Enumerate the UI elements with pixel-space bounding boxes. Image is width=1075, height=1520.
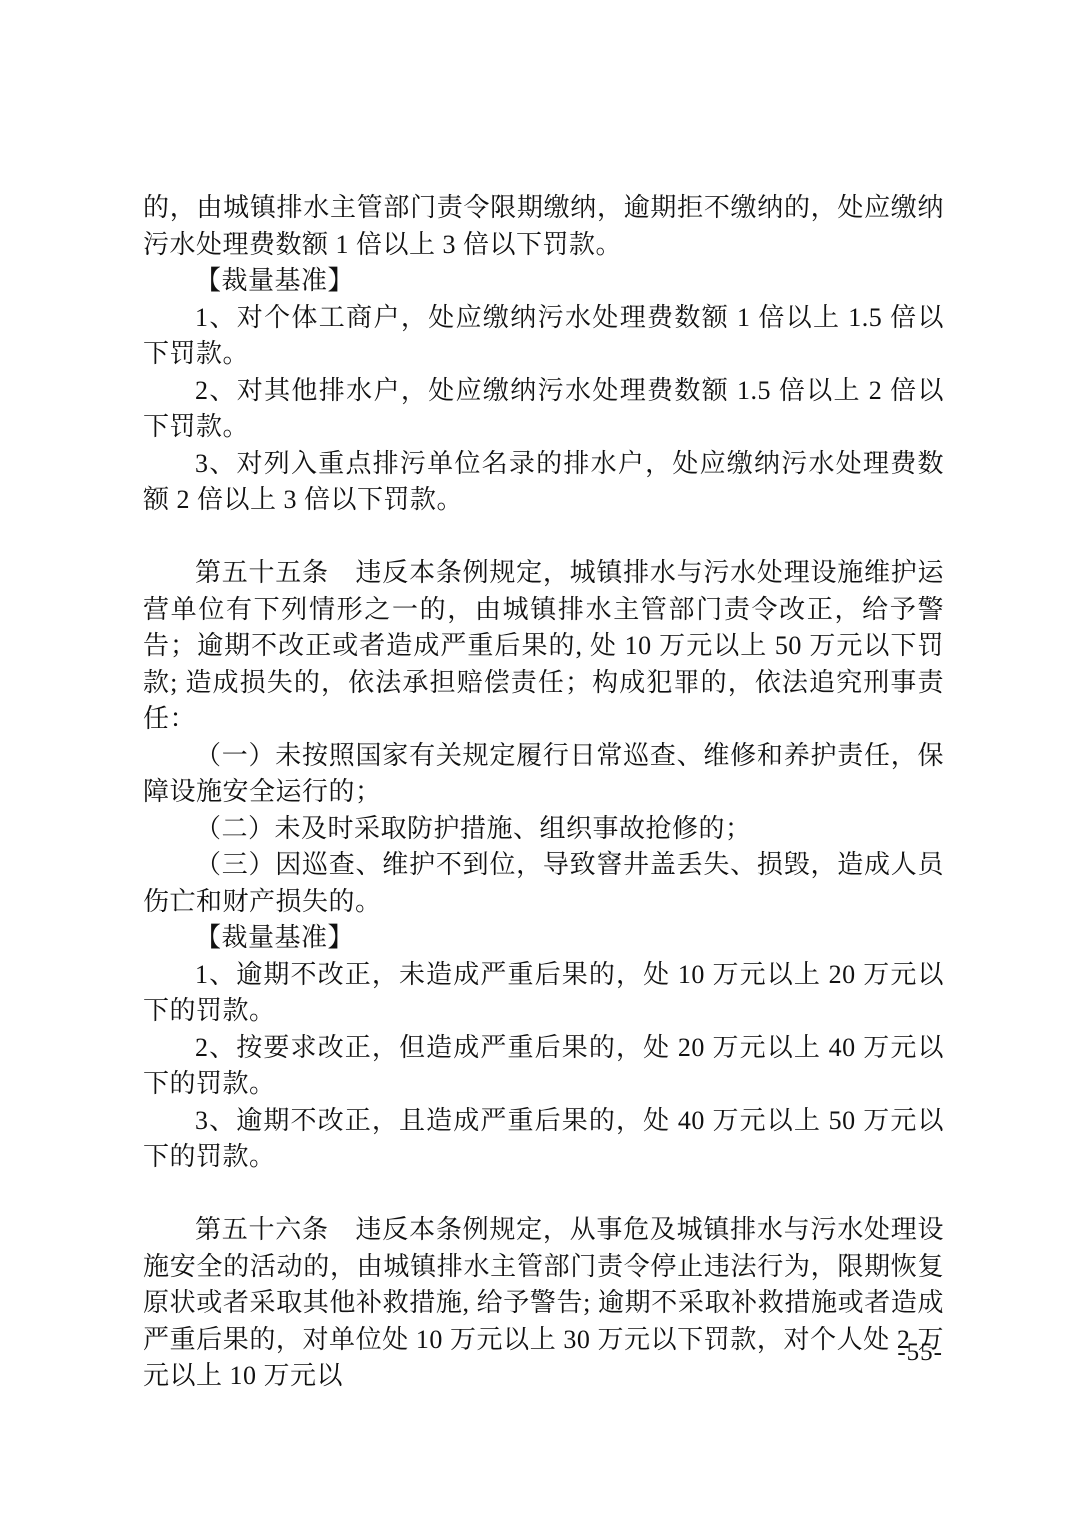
paragraph-discretion-heading-2: 【裁量基准】 [143,920,944,957]
paragraph-continuation: 的，由城镇排水主管部门责令限期缴纳，逾期拒不缴纳的，处应缴纳污水处理费数额 1 … [143,190,944,263]
paragraph-item-1: 1、对个体工商户，处应缴纳污水处理费数额 1 倍以上 1.5 倍以下罚款。 [143,300,944,373]
paragraph-article-56: 第五十六条 违反本条例规定，从事危及城镇排水与污水处理设施安全的活动的，由城镇排… [143,1212,944,1395]
paragraph-item-3: 3、对列入重点排污单位名录的排水户，处应缴纳污水处理费数额 2 倍以上 3 倍以… [143,446,944,519]
paragraph-clause-3: （三）因巡查、维护不到位，导致窨井盖丢失、损毁，造成人员伤亡和财产损失的。 [143,847,944,920]
paragraph-clause-1: （一）未按照国家有关规定履行日常巡查、维修和养护责任，保障设施安全运行的； [143,738,944,811]
paragraph-article-55: 第五十五条 违反本条例规定，城镇排水与污水处理设施维护运营单位有下列情形之一的，… [143,555,944,738]
paragraph-discretion-heading: 【裁量基准】 [143,263,944,300]
paragraph-item-55-2: 2、按要求改正，但造成严重后果的，处 20 万元以上 40 万元以下的罚款。 [143,1030,944,1103]
paragraph-item-55-3: 3、逾期不改正，且造成严重后果的，处 40 万元以上 50 万元以下的罚款。 [143,1103,944,1176]
paragraph-item-55-1: 1、逾期不改正，未造成严重后果的，处 10 万元以上 20 万元以下的罚款。 [143,957,944,1030]
paragraph-clause-2: （二）未及时采取防护措施、组织事故抢修的； [143,811,944,848]
text-block: 的，由城镇排水主管部门责令限期缴纳，逾期拒不缴纳的，处应缴纳污水处理费数额 1 … [143,190,944,1395]
document-page: 的，由城镇排水主管部门责令限期缴纳，逾期拒不缴纳的，处应缴纳污水处理费数额 1 … [0,0,1075,1520]
page-number: -55- [897,1338,943,1368]
paragraph-item-2: 2、对其他排水户，处应缴纳污水处理费数额 1.5 倍以上 2 倍以下罚款。 [143,373,944,446]
